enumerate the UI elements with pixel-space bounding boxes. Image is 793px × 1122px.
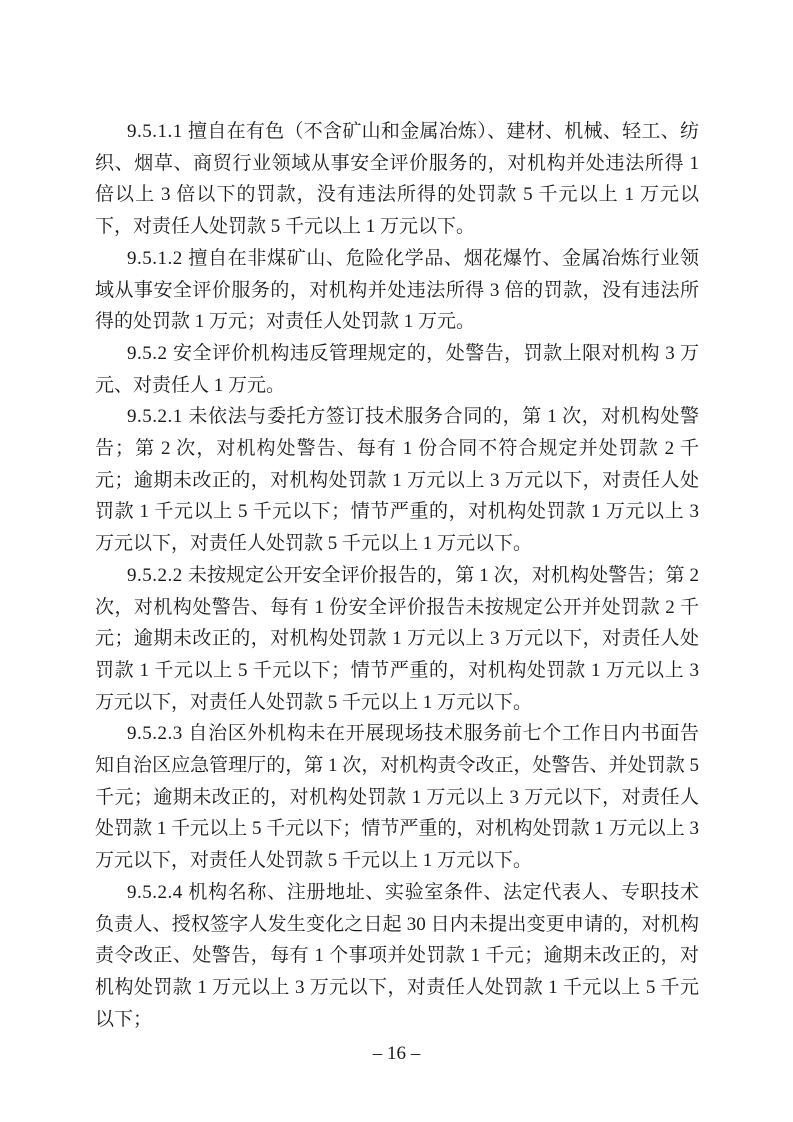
paragraph-text: 机构名称、注册地址、实验室条件、法定代表人、专职技术负责人、授权签字人发生变化之… [95, 882, 699, 1030]
paragraph-9-5-1-1: 9.5.1.1擅自在有色（不含矿山和金属冶炼）、建材、机械、轻工、纺织、烟草、商… [95, 116, 699, 243]
section-number: 9.5.2 [127, 343, 168, 364]
paragraph-text: 擅自在有色（不含矿山和金属冶炼）、建材、机械、轻工、纺织、烟草、商贸行业领域从事… [95, 121, 699, 237]
paragraph-text: 安全评价机构违反管理规定的，处警告，罚款上限对机构 3 万元、对责任人 1 万元… [95, 343, 699, 396]
paragraph-9-5-2-1: 9.5.2.1未依法与委托方签订技术服务合同的，第 1 次，对机构处警告；第 2… [95, 401, 699, 560]
page-footer: – 16 – [0, 1042, 793, 1066]
paragraph-text: 自治区外机构未在开展现场技术服务前七个工作日内书面告知自治区应急管理厅的，第 1… [95, 723, 699, 871]
section-number: 9.5.2.3 [127, 723, 183, 744]
section-number: 9.5.1.2 [127, 248, 183, 269]
document-page: 9.5.1.1擅自在有色（不含矿山和金属冶炼）、建材、机械、轻工、纺织、烟草、商… [0, 0, 793, 1122]
section-number: 9.5.2.4 [127, 882, 183, 903]
paragraph-9-5-2-3: 9.5.2.3自治区外机构未在开展现场技术服务前七个工作日内书面告知自治区应急管… [95, 718, 699, 877]
paragraph-text: 未按规定公开安全评价报告的，第 1 次，对机构处警告；第 2 次，对机构处警告、… [95, 565, 699, 713]
section-number: 9.5.2.1 [127, 406, 183, 427]
paragraph-text: 擅自在非煤矿山、危险化学品、烟花爆竹、金属冶炼行业领域从事安全评价服务的，对机构… [95, 248, 699, 332]
paragraph-9-5-2-4: 9.5.2.4机构名称、注册地址、实验室条件、法定代表人、专职技术负责人、授权签… [95, 877, 699, 1036]
paragraph-9-5-2: 9.5.2安全评价机构违反管理规定的，处警告，罚款上限对机构 3 万元、对责任人… [95, 338, 699, 401]
paragraph-text: 未依法与委托方签订技术服务合同的，第 1 次，对机构处警告；第 2 次，对机构处… [95, 406, 699, 554]
document-body: 9.5.1.1擅自在有色（不含矿山和金属冶炼）、建材、机械、轻工、纺织、烟草、商… [95, 116, 699, 1035]
section-number: 9.5.2.2 [127, 565, 183, 586]
section-number: 9.5.1.1 [127, 121, 183, 142]
page-number: – 16 – [373, 1043, 421, 1064]
paragraph-9-5-1-2: 9.5.1.2擅自在非煤矿山、危险化学品、烟花爆竹、金属冶炼行业领域从事安全评价… [95, 243, 699, 338]
paragraph-9-5-2-2: 9.5.2.2未按规定公开安全评价报告的，第 1 次，对机构处警告；第 2 次，… [95, 560, 699, 719]
